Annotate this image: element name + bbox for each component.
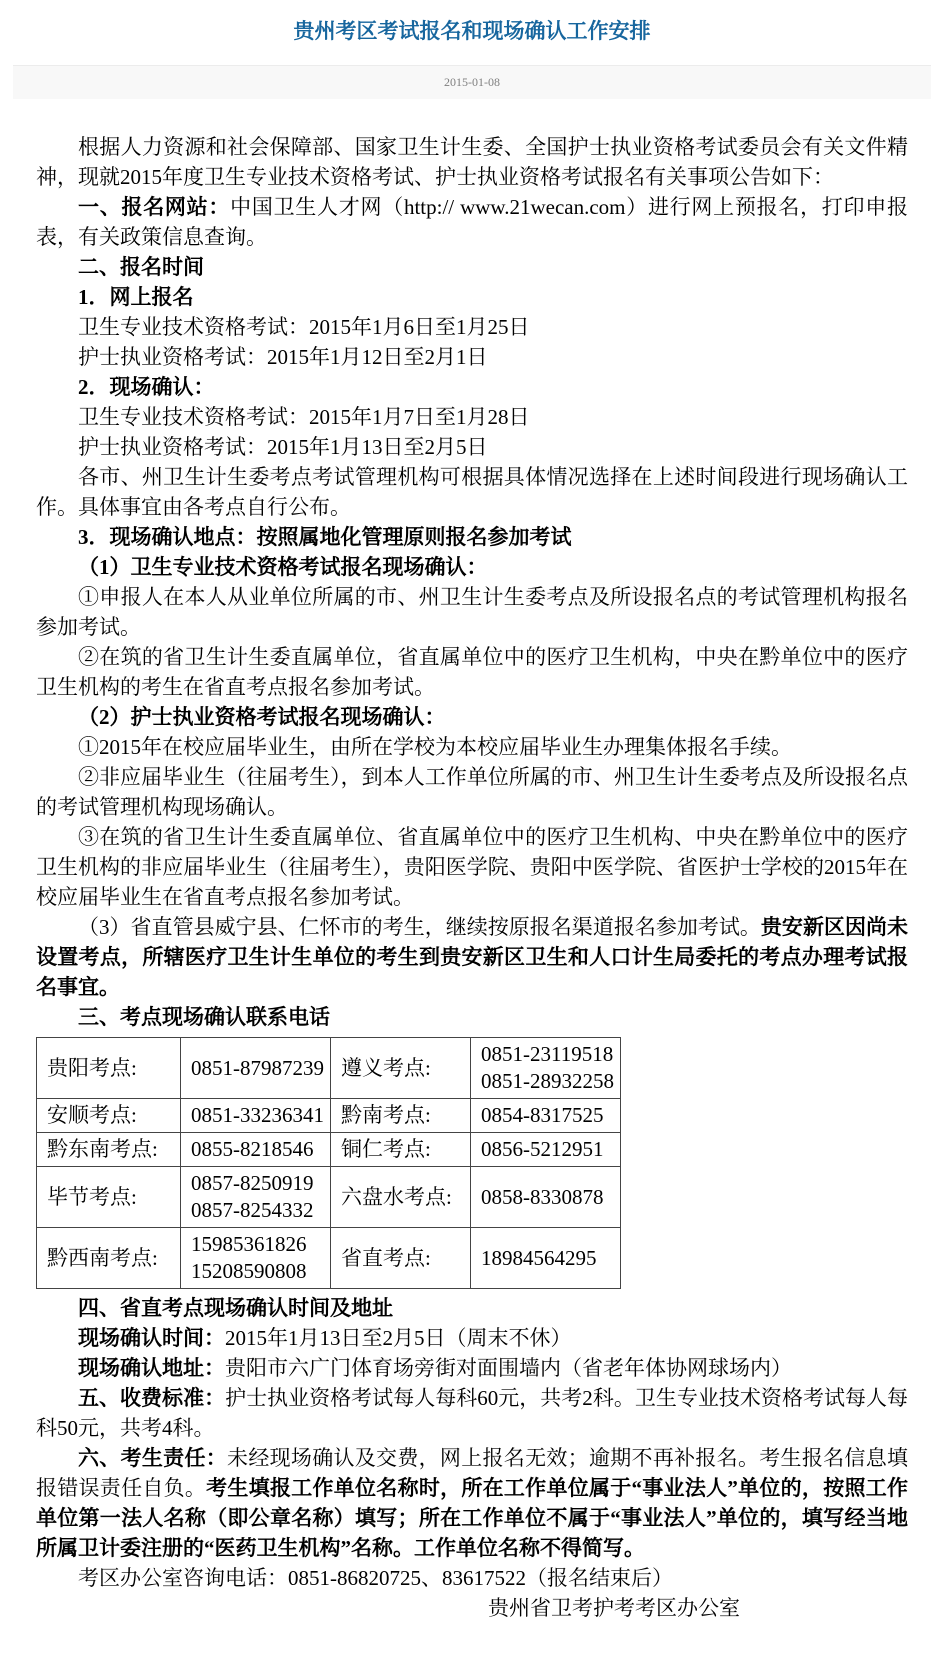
phone-number-cell: 0851-231195180851-28932258 <box>471 1038 621 1099</box>
bold-text-run: （1）卫生专业技术资格考试报名现场确认： <box>78 555 488 579</box>
text-run: 卫生专业技术资格考试：2015年1月6日至1月25日 <box>78 315 530 339</box>
phone-number-cell: 0856-5212951 <box>471 1133 621 1167</box>
paragraph: （2）护士执业资格考试报名现场确认： <box>36 702 908 732</box>
phone-number: 0851-23119518 <box>481 1041 614 1068</box>
bold-text-run: 一、报名网站： <box>78 195 230 219</box>
text-run: 贵阳市六广门体育场旁街对面围墙内（省老年体协网球场内） <box>225 1356 792 1380</box>
contact-phone-table: 贵阳考点:0851-87987239遵义考点:0851-231195180851… <box>36 1037 621 1289</box>
paragraph: ③在筑的省卫生计生委直属单位、省直属单位中的医疗卫生机构、中央在黔单位中的医疗卫… <box>36 822 908 912</box>
text-run: ②非应届毕业生（往届考生），到本人工作单位所属的市、州卫生计生委考点及所设报名点… <box>36 765 908 819</box>
bold-text-run: 1．网上报名 <box>78 285 194 309</box>
phone-number-cell: 1598536182615208590808 <box>181 1228 331 1289</box>
bold-text-run: 3．现场确认地点：按照属地化管理原则报名参加考试 <box>78 525 572 549</box>
table-row: 毕节考点:0857-82509190857-8254332六盘水考点:0858-… <box>37 1167 621 1228</box>
paragraph: ①申报人在本人从业单位所属的市、州卫生计生委考点及所设报名点的考试管理机构报名参… <box>36 582 908 642</box>
text-run: 护士执业资格考试：2015年1月13日至2月5日 <box>78 435 488 459</box>
phone-number: 18984564295 <box>481 1245 614 1272</box>
document-body: 根据人力资源和社会保障部、国家卫生计生委、全国护士执业资格考试委员会有关文件精神… <box>36 132 908 1623</box>
paragraph: 六、考生责任：未经现场确认及交费，网上报名无效；逾期不再补报名。考生报名信息填报… <box>36 1443 908 1563</box>
exam-site-label-cell: 遵义考点: <box>331 1038 471 1099</box>
bold-text-run: 现场确认地址： <box>78 1356 225 1380</box>
paragraph: （1）卫生专业技术资格考试报名现场确认： <box>36 552 908 582</box>
paragraph: ①2015年在校应届毕业生，由所在学校为本校应届毕业生办理集体报名手续。 <box>36 732 908 762</box>
paragraph: 根据人力资源和社会保障部、国家卫生计生委、全国护士执业资格考试委员会有关文件精神… <box>36 132 908 192</box>
paragraph: ②在筑的省卫生计生委直属单位，省直属单位中的医疗卫生机构，中央在黔单位中的医疗卫… <box>36 642 908 702</box>
table-row: 安顺考点:0851-33236341黔南考点:0854-8317525 <box>37 1099 621 1133</box>
text-run: （3）省直管县威宁县、仁怀市的考生，继续按原报名渠道报名参加考试。 <box>78 915 761 939</box>
text-run: 各市、州卫生计生委考点考试管理机构可根据具体情况选择在上述时间段进行现场确认工作… <box>36 465 908 519</box>
phone-number-cell: 0855-8218546 <box>181 1133 331 1167</box>
text-run: 护士执业资格考试：2015年1月12日至2月1日 <box>78 345 488 369</box>
phone-number-cell: 0858-8330878 <box>471 1167 621 1228</box>
phone-number: 15985361826 <box>191 1231 324 1258</box>
bold-text-run: 现场确认时间： <box>78 1326 225 1350</box>
paragraph: 各市、州卫生计生委考点考试管理机构可根据具体情况选择在上述时间段进行现场确认工作… <box>36 462 908 522</box>
phone-number-cell: 0851-33236341 <box>181 1099 331 1133</box>
phone-number: 0854-8317525 <box>481 1102 614 1129</box>
paragraph: 考区办公室咨询电话：0851-86820725、83617522（报名结束后） <box>36 1563 908 1593</box>
text-run: ③在筑的省卫生计生委直属单位、省直属单位中的医疗卫生机构、中央在黔单位中的医疗卫… <box>36 825 908 909</box>
paragraph: 2．现场确认： <box>36 372 908 402</box>
bold-text-run: （2）护士执业资格考试报名现场确认： <box>78 705 446 729</box>
publish-date-bar: 2015-01-08 <box>13 65 931 99</box>
paragraph: 护士执业资格考试：2015年1月12日至2月1日 <box>36 342 908 372</box>
phone-number-cell: 18984564295 <box>471 1228 621 1289</box>
exam-site-label-cell: 毕节考点: <box>37 1167 181 1228</box>
text-run: ①2015年在校应届毕业生，由所在学校为本校应届毕业生办理集体报名手续。 <box>78 735 792 759</box>
phone-number: 0857-8250919 <box>191 1170 324 1197</box>
paragraph: （3）省直管县威宁县、仁怀市的考生，继续按原报名渠道报名参加考试。贵安新区因尚未… <box>36 912 908 1002</box>
paragraph: 五、收费标准：护士执业资格考试每人每科60元，共考2科。卫生专业技术资格考试每人… <box>36 1383 908 1443</box>
exam-site-label-cell: 铜仁考点: <box>331 1133 471 1167</box>
phone-number: 15208590808 <box>191 1258 324 1285</box>
text-run: 2015年1月13日至2月5日（周末不休） <box>225 1326 572 1350</box>
table-row: 黔西南考点:1598536182615208590808省直考点:1898456… <box>37 1228 621 1289</box>
bold-text-run: 六、考生责任： <box>78 1446 227 1470</box>
text-run: 考区办公室咨询电话：0851-86820725、83617522（报名结束后） <box>78 1566 673 1590</box>
paragraph: 二、报名时间 <box>36 252 908 282</box>
paragraph: 护士执业资格考试：2015年1月13日至2月5日 <box>36 432 908 462</box>
bold-text-run: 五、收费标准： <box>78 1386 225 1410</box>
bold-text-run: 三、考点现场确认联系电话 <box>78 1005 330 1029</box>
text-run: ①申报人在本人从业单位所属的市、州卫生计生委考点及所设报名点的考试管理机构报名参… <box>36 585 908 639</box>
phone-number-cell: 0854-8317525 <box>471 1099 621 1133</box>
bold-text-run: 2．现场确认： <box>78 375 215 399</box>
bold-text-run: 四、省直考点现场确认时间及地址 <box>78 1296 393 1320</box>
paragraph: 现场确认地址：贵阳市六广门体育场旁街对面围墙内（省老年体协网球场内） <box>36 1353 908 1383</box>
paragraph: 卫生专业技术资格考试：2015年1月7日至1月28日 <box>36 402 908 432</box>
phone-number: 0851-28932258 <box>481 1068 614 1095</box>
exam-site-label-cell: 黔东南考点: <box>37 1133 181 1167</box>
phone-number-cell: 0851-87987239 <box>181 1038 331 1099</box>
paragraph: 四、省直考点现场确认时间及地址 <box>36 1293 908 1323</box>
signature: 贵州省卫考护考考区办公室 <box>36 1593 908 1623</box>
phone-number: 0851-33236341 <box>191 1102 324 1129</box>
page-title: 贵州考区考试报名和现场确认工作安排 <box>0 0 944 46</box>
text-run: 卫生专业技术资格考试：2015年1月7日至1月28日 <box>78 405 530 429</box>
text-run: ②在筑的省卫生计生委直属单位，省直属单位中的医疗卫生机构，中央在黔单位中的医疗卫… <box>36 645 908 699</box>
phone-number: 0856-5212951 <box>481 1136 614 1163</box>
paragraph: ②非应届毕业生（往届考生），到本人工作单位所属的市、州卫生计生委考点及所设报名点… <box>36 762 908 822</box>
phone-number-cell: 0857-82509190857-8254332 <box>181 1167 331 1228</box>
exam-site-label-cell: 黔南考点: <box>331 1099 471 1133</box>
bold-text-run: 二、报名时间 <box>78 255 204 279</box>
phone-number: 0851-87987239 <box>191 1055 324 1082</box>
table-row: 黔东南考点:0855-8218546铜仁考点:0856-5212951 <box>37 1133 621 1167</box>
paragraph: 三、考点现场确认联系电话 <box>36 1002 908 1032</box>
exam-site-label-cell: 六盘水考点: <box>331 1167 471 1228</box>
publish-date: 2015-01-08 <box>444 75 500 89</box>
phone-number: 0858-8330878 <box>481 1184 614 1211</box>
phone-number: 0855-8218546 <box>191 1136 324 1163</box>
text-run: 根据人力资源和社会保障部、国家卫生计生委、全国护士执业资格考试委员会有关文件精神… <box>36 135 908 189</box>
paragraph: 现场确认时间：2015年1月13日至2月5日（周末不休） <box>36 1323 908 1353</box>
exam-site-label-cell: 黔西南考点: <box>37 1228 181 1289</box>
paragraph: 卫生专业技术资格考试：2015年1月6日至1月25日 <box>36 312 908 342</box>
exam-site-label-cell: 安顺考点: <box>37 1099 181 1133</box>
exam-site-label-cell: 贵阳考点: <box>37 1038 181 1099</box>
paragraph: 3．现场确认地点：按照属地化管理原则报名参加考试 <box>36 522 908 552</box>
phone-number: 0857-8254332 <box>191 1197 324 1224</box>
paragraph: 1．网上报名 <box>36 282 908 312</box>
exam-site-label-cell: 省直考点: <box>331 1228 471 1289</box>
paragraph: 一、报名网站：中国卫生人才网（http:// www.21wecan.com）进… <box>36 192 908 252</box>
table-row: 贵阳考点:0851-87987239遵义考点:0851-231195180851… <box>37 1038 621 1099</box>
